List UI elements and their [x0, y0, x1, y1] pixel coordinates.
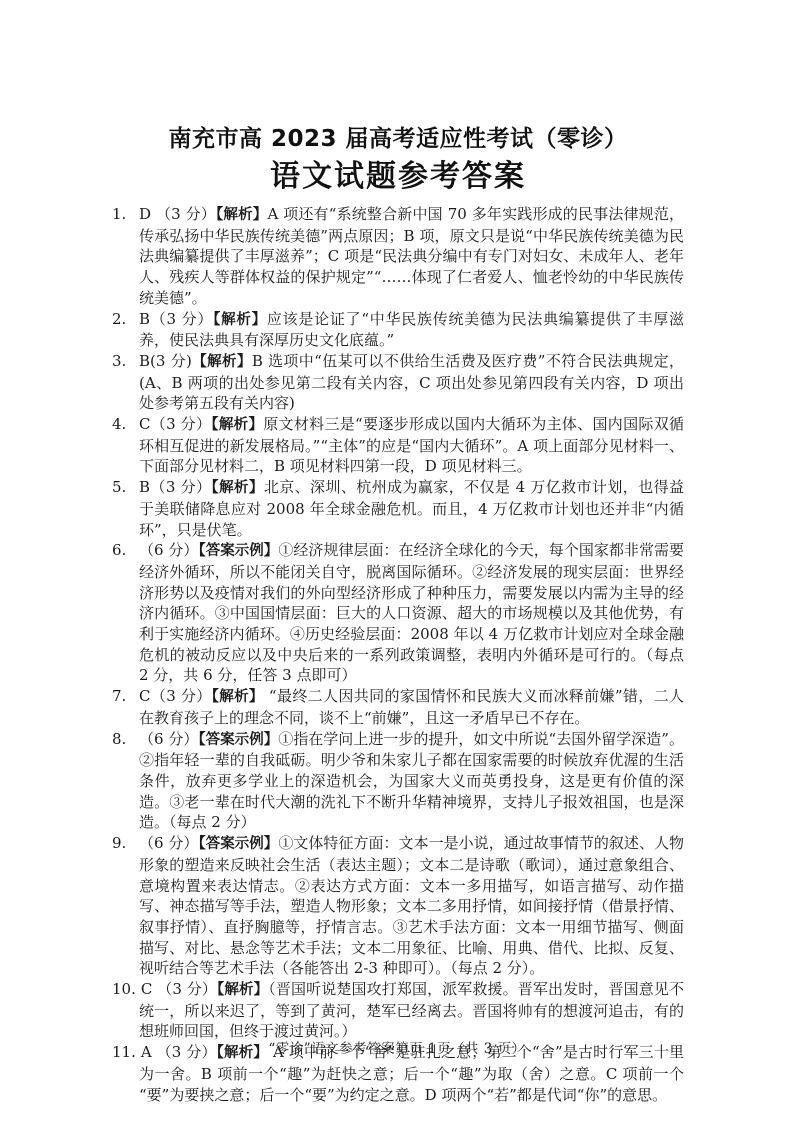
document-page: 南充市高 2023 届高考适应性考试（零诊） 语文试题参考答案 1.D （3 分… — [0, 0, 794, 1123]
answers-title: 语文试题参考答案 — [112, 158, 684, 195]
answer-text: C（3 分）【解析】 “最终二人因共同的家国情怀和民族大义而冰释前嫌”错，二人在… — [139, 687, 684, 727]
answer-text: D （3 分）【解析】A 项还有“系统整合新中国 70 多年实践形成的民事法律规… — [139, 205, 684, 307]
answer-text: B(3 分)【解析】B 选项中“伍某可以不供给生活费及医疗费”不符合民法典规定，… — [139, 352, 684, 412]
answer-text: （6 分）【答案示例】①文体特征方面：文本一是小说，通过故事情节的叙述、人物形象… — [139, 834, 684, 977]
answer-item: 1.D （3 分）【解析】A 项还有“系统整合新中国 70 多年实践形成的民事法… — [112, 204, 684, 309]
answer-text: C（3 分）【解析】原文材料三是“要逐步形成以国内大循环为主体、国内国际双循环相… — [139, 415, 684, 475]
answer-number: 5. — [112, 477, 134, 498]
answer-item: 6.（6 分）【答案示例】①经济规律层面：在经济全球化的今天，每个国家都非常需要… — [112, 540, 684, 686]
answer-text: （6 分）【答案示例】①经济规律层面：在经济全球化的今天，每个国家都非常需要经济… — [139, 541, 684, 684]
answer-number: 9. — [112, 833, 134, 854]
answer-number: 3. — [112, 351, 134, 372]
answer-item: 3.B(3 分)【解析】B 选项中“伍某可以不供给生活费及医疗费”不符合民法典规… — [112, 351, 684, 414]
answer-item: 8.（6 分）【答案示例】①指在学问上进一步的提升，如文中所说“去国外留学深造”… — [112, 729, 684, 834]
answer-number: 6. — [112, 540, 134, 561]
answer-number: 4. — [112, 414, 134, 435]
page-footer: “零诊”语文参考答案第页 1页（共 3 页） — [0, 1037, 794, 1057]
answer-number: 2. — [112, 309, 134, 330]
answer-number: 10. — [112, 979, 136, 1000]
answer-number: 8. — [112, 729, 134, 750]
answer-item: 10.C （3 分）【解析】（晋国听说楚国攻打郑国，派军救援。晋军出发时，晋国意… — [112, 979, 684, 1042]
answer-item: 4.C（3 分）【解析】原文材料三是“要逐步形成以国内大循环为主体、国内国际双循… — [112, 414, 684, 477]
answer-list: 1.D （3 分）【解析】A 项还有“系统整合新中国 70 多年实践形成的民事法… — [112, 204, 684, 1105]
answer-item: 2.B（3 分）【解析】应该是论证了“中华民族传统美德为民法典编纂提供了丰厚滋养… — [112, 309, 684, 351]
answer-text: B（3 分）【解析】应该是论证了“中华民族传统美德为民法典编纂提供了丰厚滋养，使… — [139, 310, 684, 350]
answer-item: 7.C（3 分）【解析】 “最终二人因共同的家国情怀和民族大义而冰释前嫌”错，二… — [112, 686, 684, 728]
answer-text: （6 分）【答案示例】①指在学问上进一步的提升，如文中所说“去国外留学深造”。②… — [139, 730, 684, 832]
answer-item: 5.B（3 分）【解析】北京、深圳、杭州成为赢家，不仅是 4 万亿救市计划，也得… — [112, 477, 684, 540]
answer-text: C （3 分）【解析】（晋国听说楚国攻打郑国，派军救援。晋军出发时，晋国意见不统… — [139, 980, 684, 1040]
answer-item: 9.（6 分）【答案示例】①文体特征方面：文本一是小说，通过故事情节的叙述、人物… — [112, 833, 684, 979]
answer-number: 1. — [112, 204, 134, 225]
answer-number: 7. — [112, 686, 134, 707]
answer-text: B（3 分）【解析】北京、深圳、杭州成为赢家，不仅是 4 万亿救市计划，也得益于… — [139, 478, 684, 538]
exam-title: 南充市高 2023 届高考适应性考试（零诊） — [112, 124, 684, 154]
